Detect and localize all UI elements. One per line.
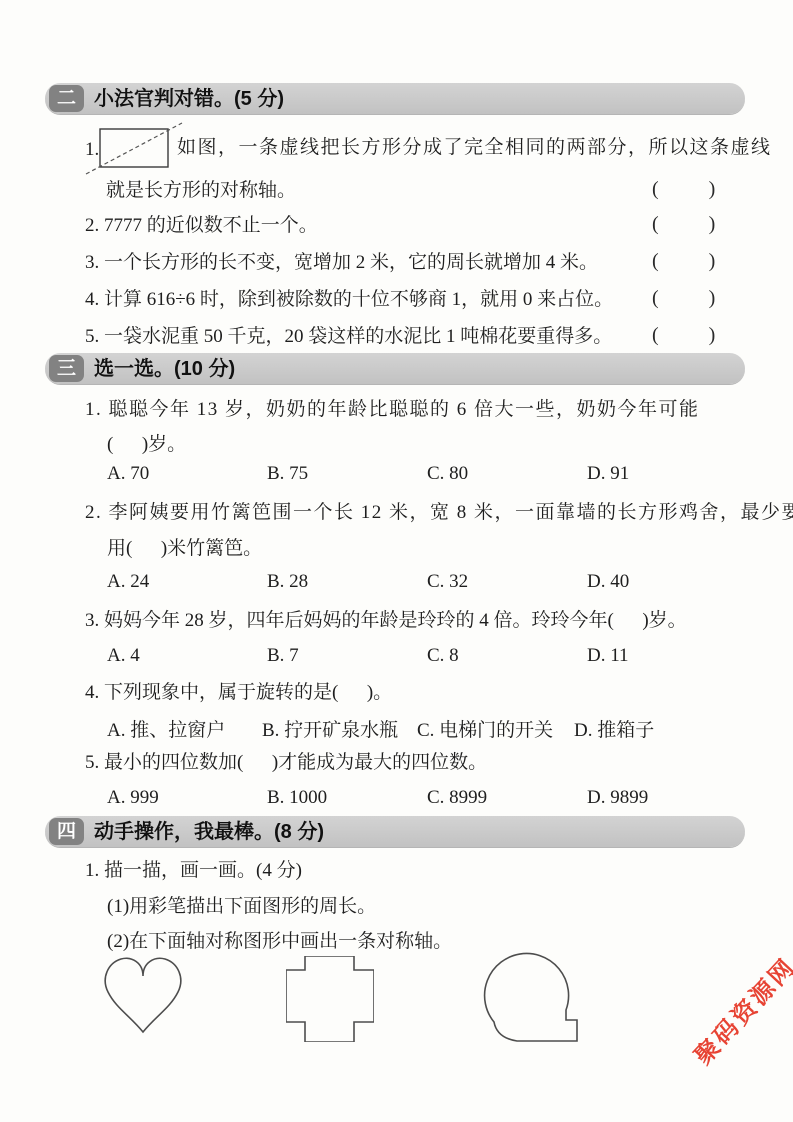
- s3-q4-option-d: D. 推箱子: [574, 715, 654, 742]
- s2-item-5: 5. 一袋水泥重 50 千克，20 袋这样的水泥比 1 吨棉花要重得多。: [85, 325, 612, 349]
- round-notched-shape: [483, 947, 579, 1045]
- heart-shape: [97, 954, 189, 1038]
- s4-sub1-2: (2)在下面轴对称图形中画出一条对称轴。: [107, 930, 452, 954]
- s3-q4-option-a: A. 推、拉窗户: [107, 715, 225, 742]
- worksheet-page: 二 小法官判对错。(5 分) 1. 如图，一条虚线把长方形分成了完全相同的两部分…: [0, 0, 793, 1122]
- s3-q5-option-b: B. 1000: [267, 787, 327, 809]
- section-2-title: 小法官判对错。(5 分): [94, 85, 284, 112]
- s3-q3-option-a: A. 4: [107, 645, 140, 667]
- s3-q5-line1: 5. 最小的四位数加( )才能成为最大的四位数。: [85, 751, 487, 775]
- s3-q1-line2: ( )岁。: [107, 433, 186, 457]
- s2-q1-line1: 如图，一条虚线把长方形分成了完全相同的两部分，所以这条虚线: [177, 136, 772, 160]
- s3-q5-option-d: D. 9899: [587, 787, 648, 809]
- s3-q2-option-b: B. 28: [267, 571, 308, 593]
- section-4-title: 动手操作，我最棒。(8 分): [94, 818, 324, 845]
- s3-q1-option-c: C. 80: [427, 463, 468, 485]
- section-4-badge: 四: [49, 818, 84, 845]
- s3-q5-option-a: A. 999: [107, 787, 159, 809]
- s4-sub1: 1. 描一描，画一画。(4 分): [85, 859, 302, 883]
- s3-q2-option-d: D. 40: [587, 571, 629, 593]
- s3-q2-option-c: C. 32: [427, 571, 468, 593]
- watermark-text: 聚码资源网: [684, 948, 793, 1071]
- watermark: 聚码资源网: [648, 952, 793, 1067]
- s3-q3-line1: 3. 妈妈今年 28 岁，四年后妈妈的年龄是玲玲的 4 倍。玲玲今年( )岁。: [85, 609, 687, 633]
- section-3-title: 选一选。(10 分): [94, 355, 235, 382]
- s3-q1-option-b: B. 75: [267, 463, 308, 485]
- s2-item-2: 2. 7777 的近似数不止一个。: [85, 214, 318, 238]
- s3-q2-option-a: A. 24: [107, 571, 149, 593]
- s3-q3-option-d: D. 11: [587, 645, 629, 667]
- s2-item-5-paren: ( ): [652, 324, 715, 347]
- s3-q3-option-b: B. 7: [267, 645, 299, 667]
- s2-q1-line2: 就是长方形的对称轴。: [106, 179, 296, 203]
- s3-q4-option-b: B. 拧开矿泉水瓶: [262, 715, 398, 742]
- s2-item-4-paren: ( ): [652, 287, 715, 310]
- s3-q4-line1: 4. 下列现象中，属于旋转的是( )。: [85, 681, 392, 705]
- s3-q2-line1: 2. 李阿姨要用竹篱笆围一个长 12 米，宽 8 米，一面靠墙的长方形鸡舍，最少…: [85, 501, 793, 525]
- cross-shape: [286, 956, 374, 1042]
- s3-q3-option-c: C. 8: [427, 645, 459, 667]
- s3-q2-line2: 用( )米竹篱笆。: [107, 537, 262, 561]
- s2-item-2-paren: ( ): [652, 213, 715, 236]
- section-3-badge: 三: [49, 355, 84, 382]
- s3-q1-option-d: D. 91: [587, 463, 629, 485]
- s4-sub1-1: (1)用彩笔描出下面图形的周长。: [107, 895, 376, 919]
- s2-item-4: 4. 计算 616÷6 时，除到被除数的十位不够商 1，就用 0 来占位。: [85, 288, 613, 312]
- s3-q4-option-c: C. 电梯门的开关: [417, 715, 553, 742]
- s3-q5-option-c: C. 8999: [427, 787, 487, 809]
- section-2-badge: 二: [49, 85, 84, 112]
- s3-q1-line1: 1. 聪聪今年 13 岁，奶奶的年龄比聪聪的 6 倍大一些，奶奶今年可能: [85, 398, 700, 422]
- s2-item-3-paren: ( ): [652, 250, 715, 273]
- s2-q1-answer-paren: ( ): [652, 178, 715, 201]
- rectangle-dashed-diagonal-figure: [82, 119, 186, 177]
- s2-item-3: 3. 一个长方形的长不变，宽增加 2 米，它的周长就增加 4 米。: [85, 251, 598, 275]
- s3-q1-option-a: A. 70: [107, 463, 149, 485]
